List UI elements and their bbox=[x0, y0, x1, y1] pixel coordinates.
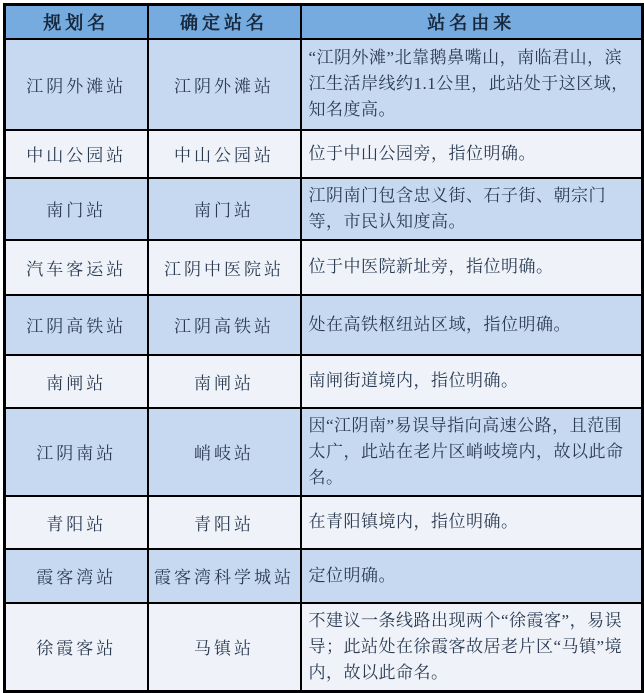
planned-name-cell: 汽车客运站 bbox=[5, 240, 148, 295]
station-naming-table: 规划名 确定站名 站名由来 江阴外滩站 江阴外滩站 “江阴外滩”北靠鹅鼻嘴山，南… bbox=[3, 3, 644, 693]
name-origin-cell: 在青阳镇境内，指位明确。 bbox=[301, 496, 643, 549]
confirmed-name-cell: 霞客湾科学城站 bbox=[148, 549, 301, 603]
confirmed-name-cell: 中山公园站 bbox=[148, 130, 301, 178]
name-origin-cell: “江阴外滩”北靠鹅鼻嘴山，南临君山，滨江生活岸线约1.1公里，此站处于这区域，知… bbox=[301, 39, 643, 130]
header-planned-name: 规划名 bbox=[5, 5, 148, 39]
planned-name-cell: 江阴外滩站 bbox=[5, 39, 148, 130]
header-name-origin: 站名由来 bbox=[301, 5, 643, 39]
table-row: 霞客湾站 霞客湾科学城站 定位明确。 bbox=[5, 549, 643, 603]
table-body: 江阴外滩站 江阴外滩站 “江阴外滩”北靠鹅鼻嘴山，南临君山，滨江生活岸线约1.1… bbox=[5, 39, 643, 692]
confirmed-name-cell: 南门站 bbox=[148, 178, 301, 240]
table-row: 江阴南站 峭岐站 因“江阴南”易误导指向高速公路，且范围太广，此站在老片区峭岐境… bbox=[5, 408, 643, 496]
planned-name-cell: 徐霞客站 bbox=[5, 603, 148, 692]
name-origin-cell: 江阴南门包含忠义街、石子街、朝宗门等，市民认知度高。 bbox=[301, 178, 643, 240]
table-row: 江阴外滩站 江阴外滩站 “江阴外滩”北靠鹅鼻嘴山，南临君山，滨江生活岸线约1.1… bbox=[5, 39, 643, 130]
table-row: 南门站 南门站 江阴南门包含忠义街、石子街、朝宗门等，市民认知度高。 bbox=[5, 178, 643, 240]
table-row: 南闸站 南闸站 南闸街道境内，指位明确。 bbox=[5, 355, 643, 408]
table-row: 汽车客运站 江阴中医院站 位于中医院新址旁，指位明确。 bbox=[5, 240, 643, 295]
confirmed-name-cell: 江阴中医院站 bbox=[148, 240, 301, 295]
page: 规划名 确定站名 站名由来 江阴外滩站 江阴外滩站 “江阴外滩”北靠鹅鼻嘴山，南… bbox=[0, 0, 644, 686]
name-origin-cell: 处在高铁枢纽站区域，指位明确。 bbox=[301, 295, 643, 355]
name-origin-cell: 不建议一条线路出现两个“徐霞客”，易误导；此站处在徐霞客故居老片区“马镇”境内，… bbox=[301, 603, 643, 692]
table-row: 徐霞客站 马镇站 不建议一条线路出现两个“徐霞客”，易误导；此站处在徐霞客故居老… bbox=[5, 603, 643, 692]
planned-name-cell: 南闸站 bbox=[5, 355, 148, 408]
table-header-row: 规划名 确定站名 站名由来 bbox=[5, 5, 643, 39]
planned-name-cell: 南门站 bbox=[5, 178, 148, 240]
name-origin-cell: 定位明确。 bbox=[301, 549, 643, 603]
confirmed-name-cell: 江阴外滩站 bbox=[148, 39, 301, 130]
name-origin-cell: 位于中医院新址旁，指位明确。 bbox=[301, 240, 643, 295]
planned-name-cell: 霞客湾站 bbox=[5, 549, 148, 603]
confirmed-name-cell: 江阴高铁站 bbox=[148, 295, 301, 355]
planned-name-cell: 江阴高铁站 bbox=[5, 295, 148, 355]
table-row: 中山公园站 中山公园站 位于中山公园旁，指位明确。 bbox=[5, 130, 643, 178]
table-row: 江阴高铁站 江阴高铁站 处在高铁枢纽站区域，指位明确。 bbox=[5, 295, 643, 355]
name-origin-cell: 位于中山公园旁，指位明确。 bbox=[301, 130, 643, 178]
confirmed-name-cell: 峭岐站 bbox=[148, 408, 301, 496]
name-origin-cell: 南闸街道境内，指位明确。 bbox=[301, 355, 643, 408]
planned-name-cell: 中山公园站 bbox=[5, 130, 148, 178]
header-confirmed-name: 确定站名 bbox=[148, 5, 301, 39]
table-row: 青阳站 青阳站 在青阳镇境内，指位明确。 bbox=[5, 496, 643, 549]
planned-name-cell: 青阳站 bbox=[5, 496, 148, 549]
confirmed-name-cell: 马镇站 bbox=[148, 603, 301, 692]
confirmed-name-cell: 南闸站 bbox=[148, 355, 301, 408]
planned-name-cell: 江阴南站 bbox=[5, 408, 148, 496]
confirmed-name-cell: 青阳站 bbox=[148, 496, 301, 549]
name-origin-cell: 因“江阴南”易误导指向高速公路，且范围太广，此站在老片区峭岐境内，故以此命名。 bbox=[301, 408, 643, 496]
